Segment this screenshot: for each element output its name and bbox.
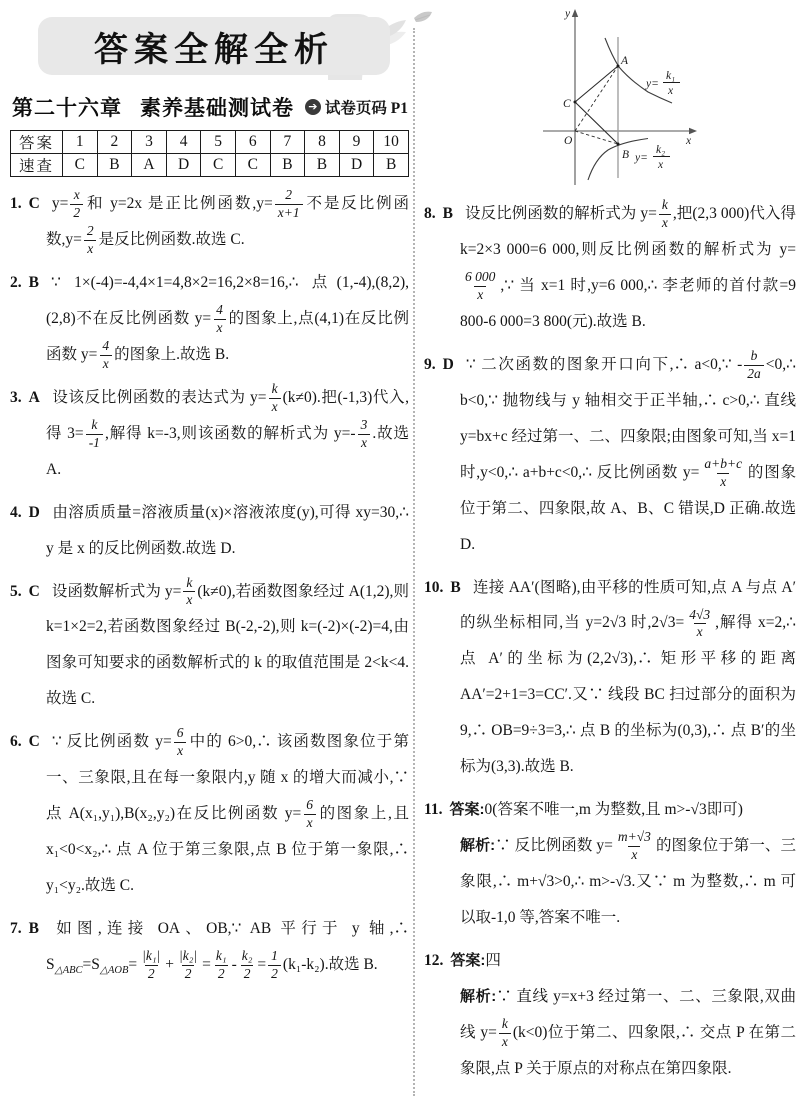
fraction-numerator: |k₁| — [139, 948, 163, 965]
solution-text: ∵ 二次函数的图象开口向下,∴ a<0,∵ - — [466, 356, 742, 373]
solution-answer-letter: D — [29, 504, 40, 521]
solution-item: 1.Cy=x2和 y=2x 是正比例函数,y=2x+1不是反比例函数,y=2x是… — [10, 186, 409, 258]
y-axis-label: y — [564, 8, 571, 20]
curve2-denominator: x — [657, 159, 664, 171]
math-fraction: |k₂|2 — [176, 948, 200, 983]
fraction-numerator: k — [88, 417, 100, 434]
fraction-denominator: x — [214, 319, 226, 337]
fraction-numerator: 4√3 — [686, 607, 713, 624]
answer-table-answer-row: 速查 C B A D C C B B D B — [11, 154, 409, 177]
solution-text: 由溶质质量=溶液质量(x)×溶液浓度(y),可得 xy=30,∴ y 是 x 的… — [46, 504, 409, 557]
answer-letter: B — [374, 154, 409, 177]
math-fraction: 4√3x — [686, 607, 713, 642]
math-fraction: x2 — [70, 187, 83, 222]
solution-answer-letter: A — [29, 389, 40, 406]
solution-text: ,∵ 当 x=1 时,y=6 000,∴ 李老师的首付款=9 800-6 000… — [460, 277, 796, 330]
solution-text: ∵ 反比例函数 y= — [495, 837, 613, 854]
math-subscript: △AOB — [100, 965, 129, 976]
fraction-denominator: x — [269, 398, 281, 416]
fraction-numerator: |k₂| — [176, 948, 200, 965]
fraction-denominator: 2 — [268, 965, 281, 983]
solution-number: 6. — [10, 733, 22, 750]
solution-item: 2.B∵ 1×(-4)=-4,4×1=4,8×2=16,2×8=16,∴ 点(1… — [10, 265, 409, 373]
solution-text: =S — [83, 956, 100, 973]
fraction-numerator: k — [183, 575, 195, 592]
solution-text: ,解得 x=2,∴ 点 A′的坐标为(2,2√3),∴ 矩形平移的距离 AA′=… — [460, 614, 796, 775]
fraction-denominator: -1 — [86, 434, 103, 452]
answer-letter: D — [339, 154, 374, 177]
solution-answer-letter: C — [29, 733, 40, 750]
solution-text: ∵ 反比例函数 y= — [52, 733, 172, 750]
page-ref: ➔ 试卷页码 P1 — [305, 96, 408, 118]
point-a-label: A — [620, 55, 629, 67]
chapter-heading-row: 第二十六章 素养基础测试卷 ➔ 试卷页码 P1 — [12, 92, 410, 122]
math-fraction: b2a — [744, 348, 764, 383]
segment-OA-dashed — [575, 66, 618, 131]
fraction-denominator: x — [474, 286, 486, 304]
math-fraction: kx — [499, 1016, 511, 1051]
solution-text: - — [232, 956, 237, 973]
math-fraction: k-1 — [86, 417, 103, 452]
x-axis-arrow-icon — [689, 128, 697, 134]
solution-text: 是反比例函数.故选 C. — [99, 231, 245, 248]
solution-text: 的图象上.故选 B. — [114, 346, 229, 363]
answer-letter: C — [201, 154, 236, 177]
answer-letter: B — [305, 154, 340, 177]
math-fraction: kx — [659, 197, 671, 232]
math-fraction: a+b+cx — [701, 456, 745, 491]
solution-text: = — [257, 956, 266, 973]
solution-item: 10.B连接 AA′(图略),由平移的性质可知,点 A 与点 A′的纵坐标相同,… — [424, 570, 796, 786]
solution-number: 11. — [424, 801, 443, 818]
fraction-numerator: 2 — [84, 223, 97, 240]
question-number: 7 — [270, 131, 305, 154]
paper-title: 素养基础测试卷 — [140, 92, 294, 122]
solution-number: 5. — [10, 583, 22, 600]
math-fraction: 6x — [174, 725, 187, 760]
fraction-denominator: x — [304, 814, 316, 832]
solution-item: 9.D∵ 二次函数的图象开口向下,∴ a<0,∵ -b2a<0,∴ b<0,∵ … — [424, 347, 796, 563]
question-number: 10 — [374, 131, 409, 154]
fraction-numerator: 2 — [282, 187, 295, 204]
math-fraction: 6 000x — [462, 269, 498, 304]
solution-number: 2. — [10, 274, 22, 291]
fraction-denominator: 2 — [145, 965, 158, 983]
question-number: 3 — [132, 131, 167, 154]
solution-text: 0(答案不唯一,m 为整数,且 m>-√3即可) — [485, 801, 743, 818]
point-A — [617, 65, 620, 68]
solution-bold-label: 答案: — [450, 801, 485, 818]
column-divider — [413, 28, 415, 1096]
question-number: 4 — [166, 131, 201, 154]
solution-text: 设反比例函数的解析式为 y= — [465, 205, 657, 222]
fraction-denominator: x — [358, 434, 370, 452]
segment-CA — [575, 66, 618, 102]
curve1-equation-prefix: y= — [645, 78, 659, 90]
fraction-numerator: 6 — [174, 725, 187, 742]
answer-table-label: 速查 — [11, 154, 63, 177]
page-ref-label: 试卷页码 P1 — [325, 96, 408, 118]
answer-table-label: 答案 — [11, 131, 63, 154]
solution-item: 5.C设函数解析式为 y=kx(k≠0),若函数图象经过 A(1,2),则 k=… — [10, 574, 409, 718]
solution-answer-letter: C — [29, 583, 40, 600]
solution-text: (k≠0),若函数图象经过 A(1,2),则 k=1×2=2,若函数图象经过 B… — [46, 583, 409, 708]
fraction-numerator: a+b+c — [701, 456, 745, 473]
solution-answer-letter: B — [443, 205, 453, 222]
math-fraction: k₁2 — [213, 948, 230, 983]
solution-bold-label: 答案: — [450, 952, 485, 969]
fraction-denominator: 2 — [182, 965, 195, 983]
point-c-label: C — [563, 98, 571, 110]
solution-answer-letter: B — [450, 579, 460, 596]
fraction-denominator: x — [717, 473, 729, 491]
solution-number: 7. — [10, 920, 22, 937]
fraction-denominator: x — [84, 240, 96, 258]
answer-letter: B — [97, 154, 132, 177]
fraction-denominator: x+1 — [275, 204, 303, 222]
textbook-answer-page: 答案全解全析 第二十六章 素养基础测试卷 ➔ 试卷页码 P1 答案 1 2 3 … — [0, 0, 800, 1103]
solution-answer-letter: C — [29, 195, 40, 212]
segment-CB — [575, 102, 618, 144]
solution-item: 8.B设反比例函数的解析式为 y=kx,把(2,3 000)代入得 k=2×3 … — [424, 196, 796, 340]
point-b-label: B — [622, 149, 629, 161]
answer-letter: C — [235, 154, 270, 177]
solution-text: = — [128, 956, 137, 973]
solution-item: 4.D由溶质质量=溶液质量(x)×溶液浓度(y),可得 xy=30,∴ y 是 … — [10, 495, 409, 567]
fraction-denominator: x — [499, 1033, 511, 1051]
solution-item: 3.A设该反比例函数的表达式为 y=kx(k≠0).把(-1,3)代入,得 3=… — [10, 380, 409, 488]
solution-item: 12.答案:四解析:∵ 直线 y=x+3 经过第一、二、三象限,双曲线 y=kx… — [424, 943, 796, 1087]
y-axis-arrow-icon — [572, 9, 578, 17]
solution-answer-letter: B — [29, 274, 39, 291]
solution-text: y= — [52, 195, 69, 212]
solution-number: 12. — [424, 952, 443, 969]
fraction-numerator: m+√3 — [615, 829, 654, 846]
answer-letter: B — [270, 154, 305, 177]
math-fraction: 2x+1 — [275, 187, 303, 222]
solution-text: = — [202, 956, 211, 973]
solution-number: 10. — [424, 579, 443, 596]
curve2-equation-prefix: y= — [634, 152, 648, 164]
point-B — [617, 143, 620, 146]
fraction-denominator: x — [174, 742, 186, 760]
origin-label: O — [564, 135, 573, 147]
fraction-numerator: k — [659, 197, 671, 214]
solution-bold-label: 解析: — [460, 988, 496, 1005]
curve1-denominator: x — [667, 85, 674, 97]
fraction-numerator: 3 — [358, 417, 371, 434]
fraction-denominator: x — [100, 355, 112, 373]
question-number: 2 — [97, 131, 132, 154]
math-fraction: 12 — [268, 948, 281, 983]
solutions-left-column: 1.Cy=x2和 y=2x 是正比例函数,y=2x+1不是反比例函数,y=2x是… — [10, 186, 409, 990]
fraction-numerator: k₁ — [213, 948, 230, 965]
point-C — [574, 101, 577, 104]
fraction-numerator: x — [71, 187, 83, 204]
arrow-circle-icon: ➔ — [305, 99, 321, 115]
fraction-numerator: 6 000 — [462, 269, 498, 286]
solution-number: 1. — [10, 195, 22, 212]
solution-text: ,解得 k=-3,则该函数的解析式为 y=- — [105, 425, 356, 442]
solution-number: 9. — [424, 356, 436, 373]
solution-text: (k₁-k₂).故选 B. — [283, 956, 378, 973]
math-fraction: |k₁|2 — [139, 948, 163, 983]
fraction-numerator: 4 — [99, 338, 112, 355]
math-fraction: 4x — [213, 302, 226, 337]
math-fraction: 4x — [99, 338, 112, 373]
solution-text: 和 y=2x 是正比例函数,y= — [85, 195, 273, 212]
answer-letter: C — [63, 154, 98, 177]
solutions-right-column: 8.B设反比例函数的解析式为 y=kx,把(2,3 000)代入得 k=2×3 … — [424, 196, 796, 1094]
curve2-numerator: k₂ — [656, 144, 665, 156]
solution-item: 11.答案:0(答案不唯一,m 为整数,且 m>-√3即可)解析:∵ 反比例函数… — [424, 792, 796, 936]
fraction-numerator: k — [269, 381, 281, 398]
fraction-numerator: 1 — [268, 948, 281, 965]
answer-letter: A — [132, 154, 167, 177]
chapter-number: 第二十六章 — [12, 92, 122, 122]
question-number: 1 — [63, 131, 98, 154]
solution-number: 3. — [10, 389, 22, 406]
answer-letter: D — [166, 154, 201, 177]
fraction-denominator: 2a — [744, 365, 764, 383]
answers-header-bar: 答案全解全析 — [38, 17, 390, 75]
hyperbola-figure: y x O A B C y= k₁ x y= k₂ x — [540, 4, 702, 192]
solution-text: + — [165, 956, 174, 973]
fraction-denominator: x — [628, 846, 640, 864]
answer-table-number-row: 答案 1 2 3 4 5 6 7 8 9 10 — [11, 131, 409, 154]
question-number: 9 — [339, 131, 374, 154]
answer-table: 答案 1 2 3 4 5 6 7 8 9 10 速查 C B A D C C B — [10, 130, 409, 177]
question-number: 6 — [235, 131, 270, 154]
solution-answer-letter: D — [443, 356, 454, 373]
fraction-numerator: k — [499, 1016, 511, 1033]
solution-text: 四 — [485, 952, 501, 969]
math-subscript: △ABC — [55, 965, 83, 976]
page-title: 答案全解全析 — [94, 22, 334, 71]
solution-number: 4. — [10, 504, 22, 521]
math-fraction: 3x — [358, 417, 371, 452]
solution-text: 设函数解析式为 y= — [52, 583, 182, 600]
fraction-numerator: 6 — [303, 797, 316, 814]
math-fraction: 2x — [84, 223, 97, 258]
fraction-numerator: 4 — [213, 302, 226, 319]
fraction-denominator: x — [659, 214, 671, 232]
solution-number: 8. — [424, 205, 436, 222]
x-axis-label: x — [685, 135, 692, 147]
fraction-numerator: k₂ — [239, 948, 256, 965]
solution-bold-label: 解析: — [460, 837, 495, 854]
fraction-denominator: 2 — [70, 204, 83, 222]
solution-answer-letter: B — [29, 920, 39, 937]
solution-item: 6.C∵ 反比例函数 y=6x中的 6>0,∴ 该函数图象位于第一、三象限,且在… — [10, 724, 409, 904]
question-number: 5 — [201, 131, 236, 154]
fraction-denominator: 2 — [215, 965, 228, 983]
fraction-numerator: b — [748, 348, 761, 365]
math-fraction: kx — [269, 381, 281, 416]
curve1-numerator: k₁ — [666, 70, 675, 82]
fraction-denominator: x — [183, 591, 195, 609]
math-fraction: kx — [183, 575, 195, 610]
solution-text: 设该反比例函数的表达式为 y= — [52, 389, 267, 406]
fraction-denominator: 2 — [241, 965, 254, 983]
solution-item: 7.B如图,连接 OA、OB,∵ AB 平行于 y 轴,∴ S△ABC=S△AO… — [10, 911, 409, 983]
math-fraction: k₂2 — [239, 948, 256, 983]
question-number: 8 — [305, 131, 340, 154]
math-fraction: 6x — [303, 797, 316, 832]
fraction-denominator: x — [694, 623, 706, 641]
math-fraction: m+√3x — [615, 829, 654, 864]
